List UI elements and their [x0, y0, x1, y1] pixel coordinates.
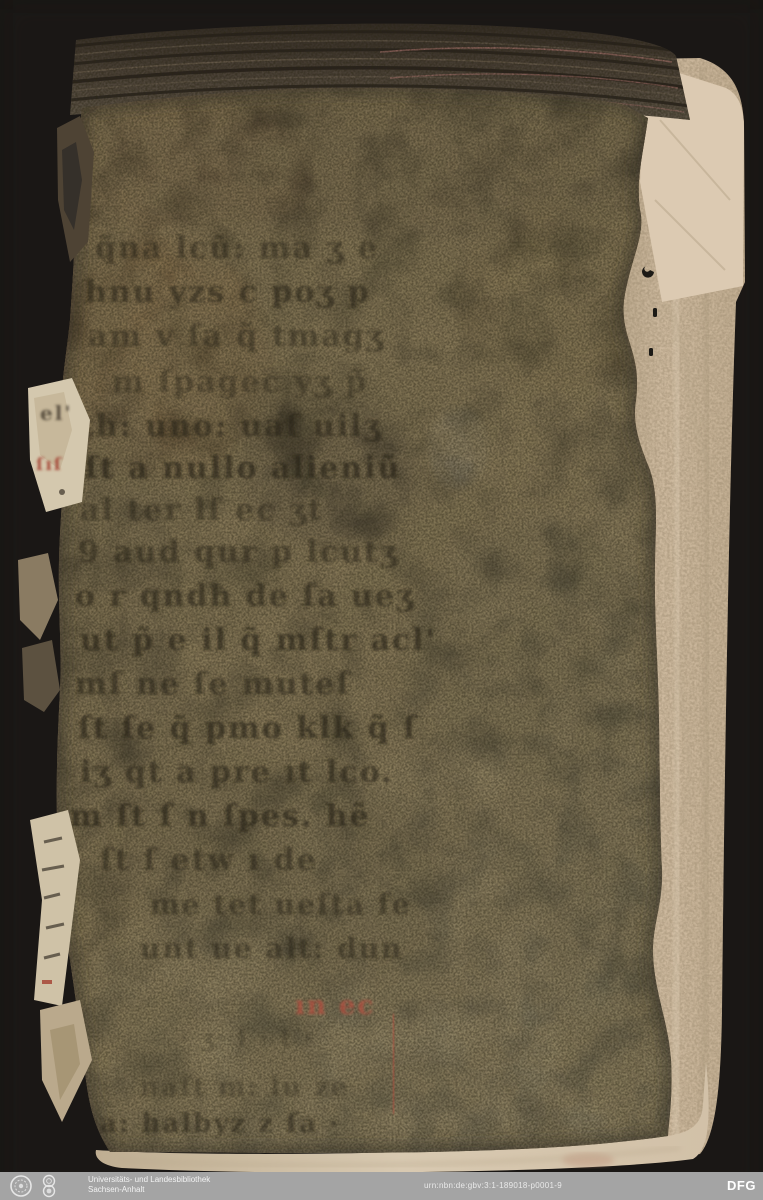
dfg-logo: DFG: [727, 1178, 756, 1193]
institution-name: Universitäts- und Landesbibliothek Sachs…: [88, 1175, 210, 1195]
manuscript-text-line: am v ſa q̃ tmagʒ: [88, 319, 385, 354]
university-seal-icon: [36, 1174, 62, 1198]
manuscript-text-line: th: uno: uaſ uilʒ: [80, 409, 383, 444]
digitization-footer-bar: Universitäts- und Landesbibliothek Sachs…: [0, 1172, 763, 1200]
digitized-manuscript-page: q̃na lcũ: ma ʒ ehnu yzs c poʒ pam v ſa q…: [0, 0, 763, 1200]
library-seal-icon: [9, 1174, 33, 1198]
institution-name-line2: Sachsen-Anhalt: [88, 1185, 210, 1195]
svg-text:el': el': [40, 401, 72, 425]
manuscript-text-line: · ʒ· ſ · t ·: [180, 1023, 314, 1052]
manuscript-text-line: o r qndħ de ſa ueʒ: [75, 579, 415, 614]
manuscript-text-line: ſt ſe q̃ pmo klk q̃ ſ: [78, 711, 418, 746]
urn-identifier: urn:nbn:de:gbv:3:1-189018-p0001-9: [424, 1181, 562, 1190]
svg-text:ſıſ: ſıſ: [36, 455, 63, 475]
manuscript-text-line: hnu yzs c poʒ p: [85, 275, 371, 310]
manuscript-text-line: ſt ſ etw ı de: [100, 843, 318, 878]
manuscript-text-line: unt ue alt: dun: [140, 932, 403, 965]
rubric-red-text: ın ec: [295, 991, 375, 1021]
manuscript-text-line: ſt a nullo alieniũ: [85, 451, 401, 486]
manuscript-text-line: m ſt ſ n ſpes. hẽ: [70, 799, 371, 834]
manuscript-text-line: m ſpagec yʒ p̃: [112, 365, 368, 400]
manuscript-text-line: ut p̃ e il q̃ mſtr acl': [80, 623, 437, 658]
manuscript-text-line: mſ ne ſe muteſ: [75, 667, 351, 702]
manuscript-text-line: 9 aud qur p lcutʒ: [78, 535, 399, 570]
red-ink-vertical-line: [393, 1014, 394, 1114]
manuscript-text-line: al ter lſ ec ʒt: [80, 493, 324, 528]
institution-name-line1: Universitäts- und Landesbibliothek: [88, 1175, 210, 1185]
red-ink-line: [393, 1014, 394, 1114]
manuscript-text-line: me tet ueſta fe: [150, 888, 412, 921]
manuscript-text-line: a: halbyz z ſa ·: [100, 1109, 340, 1139]
manuscript-text-line: q̃na lcũ: ma ʒ e: [95, 231, 379, 266]
manuscript-photo: q̃na lcũ: ma ʒ ehnu yzs c poʒ pam v ſa q…: [0, 0, 763, 1200]
manuscript-text-line: iʒ qt a pre ıt lco.: [80, 755, 394, 790]
front-cover: q̃na lcũ: ma ʒ ehnu yzs c poʒ pam v ſa q…: [40, 80, 690, 1170]
manuscript-text-line: naſt m: lu ze: [140, 1073, 349, 1103]
